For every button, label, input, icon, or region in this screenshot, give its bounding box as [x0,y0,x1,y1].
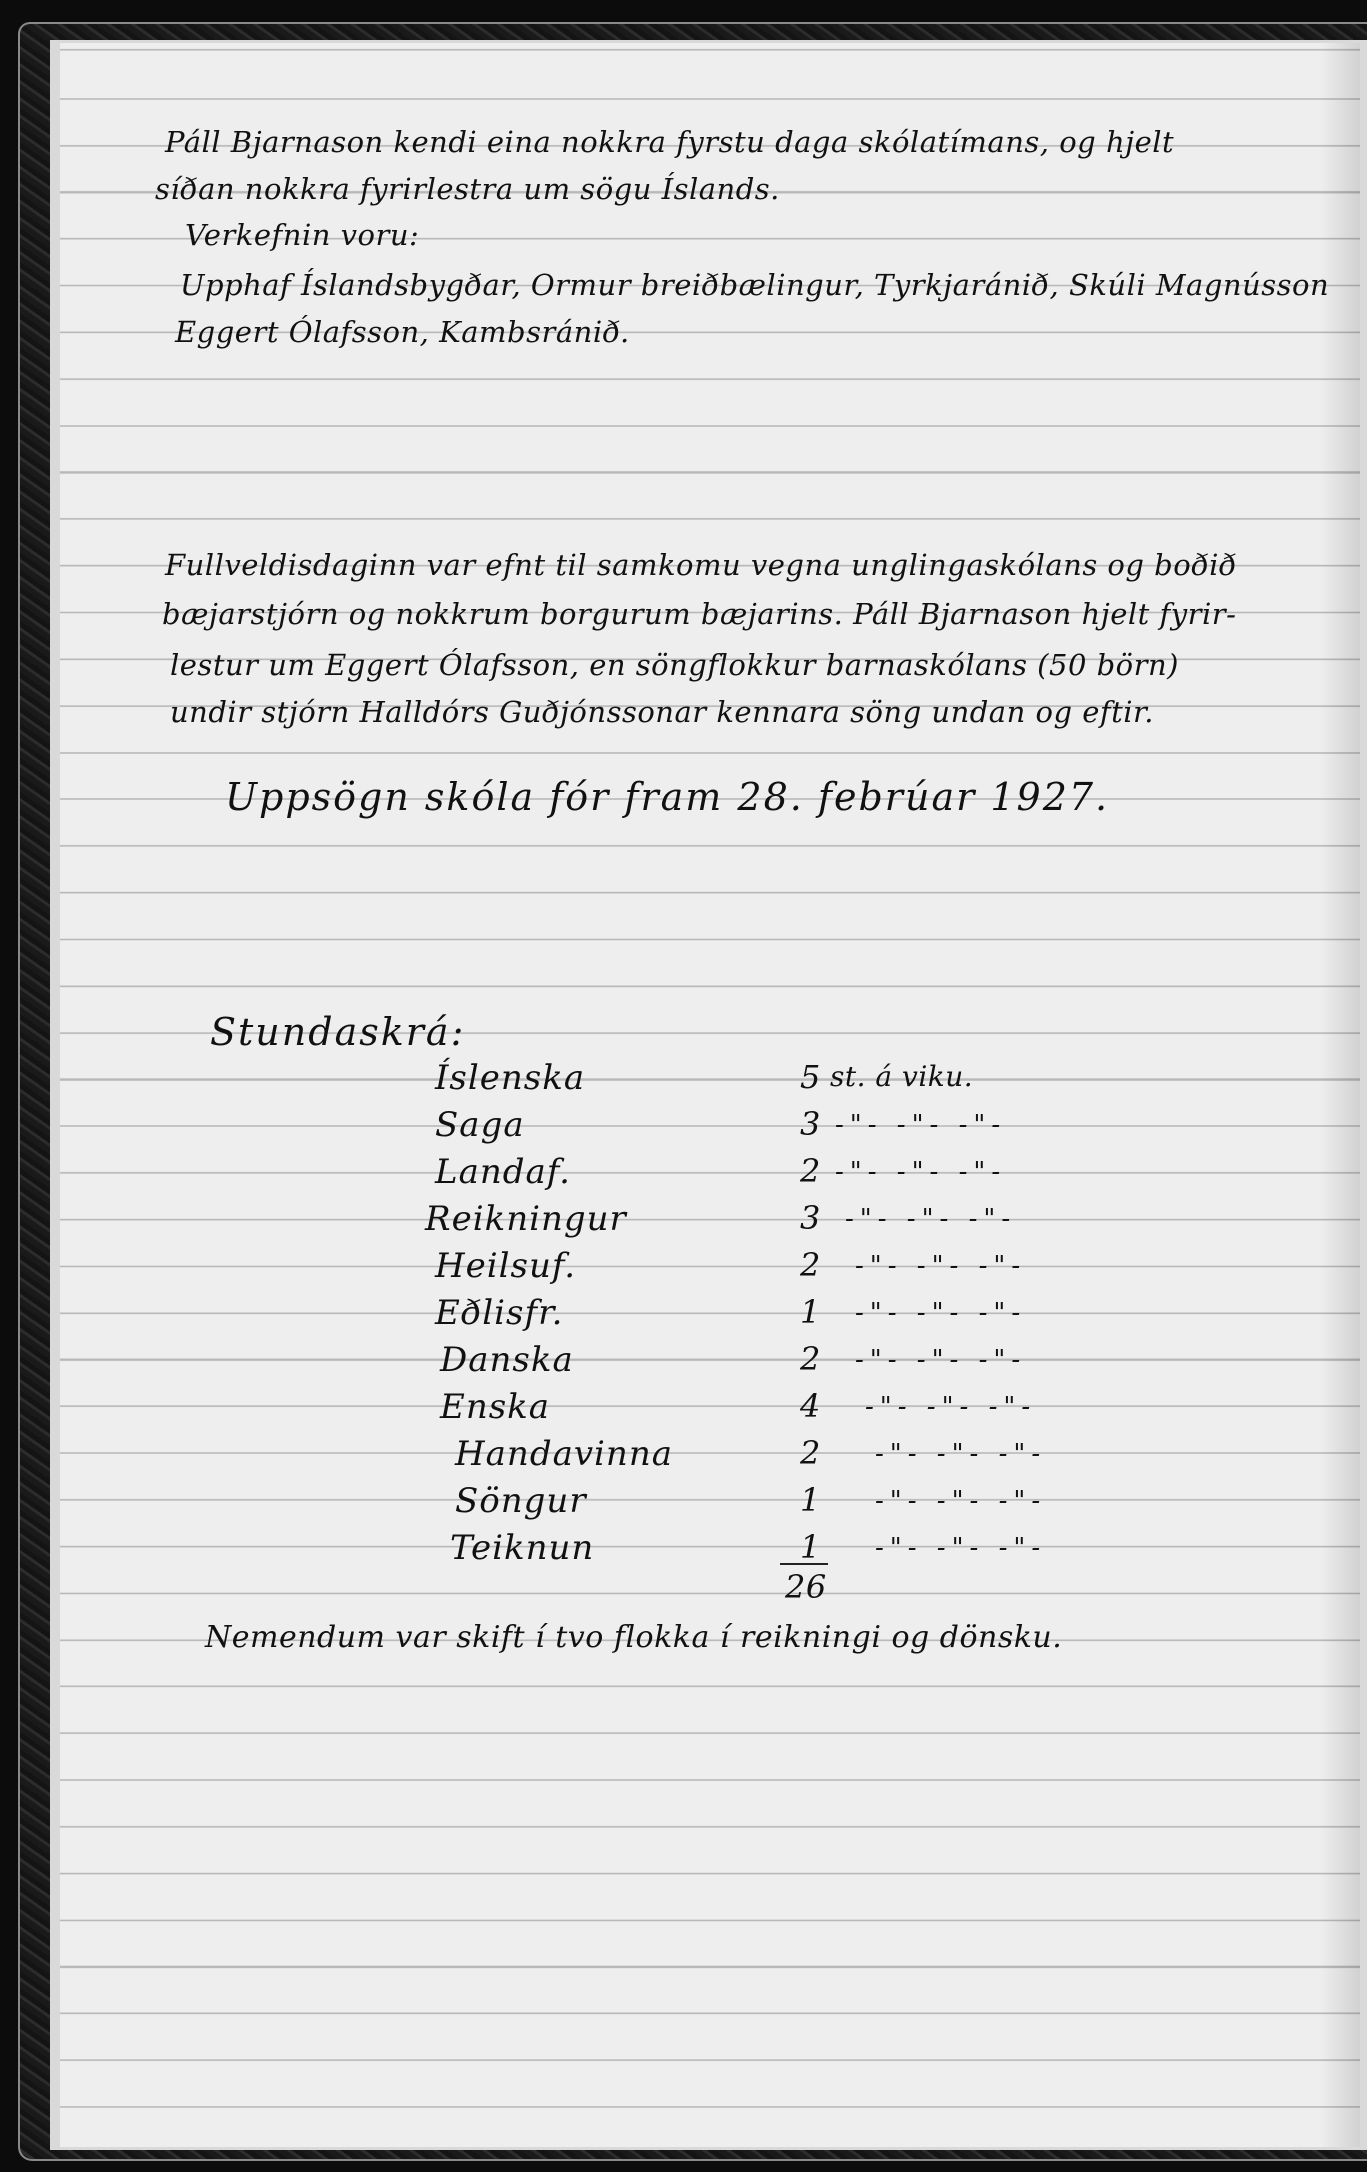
paragraph-1-line-3: Verkefnin voru: [185,218,419,252]
schedule-ditto: -"- -"- -"- [865,1392,1036,1422]
schedule-subject: Heilsuf. [435,1246,576,1286]
schedule-hours: 2 [800,1340,821,1378]
paragraph-2-line-1: Fullveldisdaginn var efnt til samkomu ve… [165,548,1237,582]
schedule-ditto: -"- -"- -"- [835,1157,1006,1187]
schedule-hours: 1 [800,1528,821,1566]
schedule-subject: Enska [440,1387,550,1427]
paragraph-2-line-4: undir stjórn Halldórs Guðjónssonar kenna… [170,695,1154,729]
total-underline [780,1563,828,1565]
schedule-hours: 1 [800,1293,821,1331]
paragraph-1-line-1: Páll Bjarnason kendi eina nokkra fyrstu … [165,125,1174,159]
paragraph-2-line-3: lestur um Eggert Ólafsson, en söngflokku… [170,648,1179,682]
schedule-hours: 4 [800,1387,821,1425]
schedule-subject: Landaf. [435,1152,571,1192]
schedule-ditto: -"- -"- -"- [875,1439,1046,1469]
schedule-subject: Teiknun [450,1528,594,1568]
paragraph-1-line-5: Eggert Ólafsson, Kambsránið. [175,315,630,349]
schedule-subject: Saga [435,1105,525,1145]
schedule-hours: 2 [800,1152,821,1190]
schedule-ditto: -"- -"- -"- [845,1204,1016,1234]
schedule-subject: Handavinna [455,1434,673,1474]
schedule-ditto: -"- -"- -"- [855,1298,1026,1328]
schedule-subject: Reikningur [425,1199,627,1239]
schedule-subject: Eðlisfr. [435,1293,563,1333]
paragraph-1-line-2: síðan nokkra fyrirlestra um sögu Íslands… [155,172,780,206]
schedule-subject: Söngur [455,1481,587,1521]
paragraph-1-line-4: Upphaf Íslandsbygðar, Ormur breiðbælingu… [180,268,1329,302]
schedule-hours: 5 [800,1058,821,1096]
schedule-ditto: -"- -"- -"- [855,1345,1026,1375]
schedule-hours: 2 [800,1246,821,1284]
closing-line: Nemendum var skift í tvo flokka í reikni… [205,1620,1062,1655]
schedule-subject: Íslenska [435,1058,585,1098]
ruled-page [60,43,1360,2147]
schedule-subject: Danska [440,1340,574,1380]
schedule-ditto: -"- -"- -"- [835,1110,1006,1140]
schedule-total: 26 [785,1568,827,1606]
schedule-hours: 2 [800,1434,821,1472]
schedule-ditto: -"- -"- -"- [855,1251,1026,1281]
schedule-unit-label: st. á viku. [830,1060,973,1093]
schedule-hours: 3 [800,1105,821,1143]
schedule-ditto: -"- -"- -"- [875,1533,1046,1563]
schedule-hours: 3 [800,1199,821,1237]
schedule-title: Stundaskrá: [210,1010,465,1054]
paragraph-2-line-2: bæjarstjórn og nokkrum borgurum bæjarins… [162,597,1236,631]
schedule-hours: 1 [800,1481,821,1519]
closing-date-heading: Uppsögn skóla fór fram 28. febrúar 1927. [225,775,1109,819]
schedule-ditto: -"- -"- -"- [875,1486,1046,1516]
